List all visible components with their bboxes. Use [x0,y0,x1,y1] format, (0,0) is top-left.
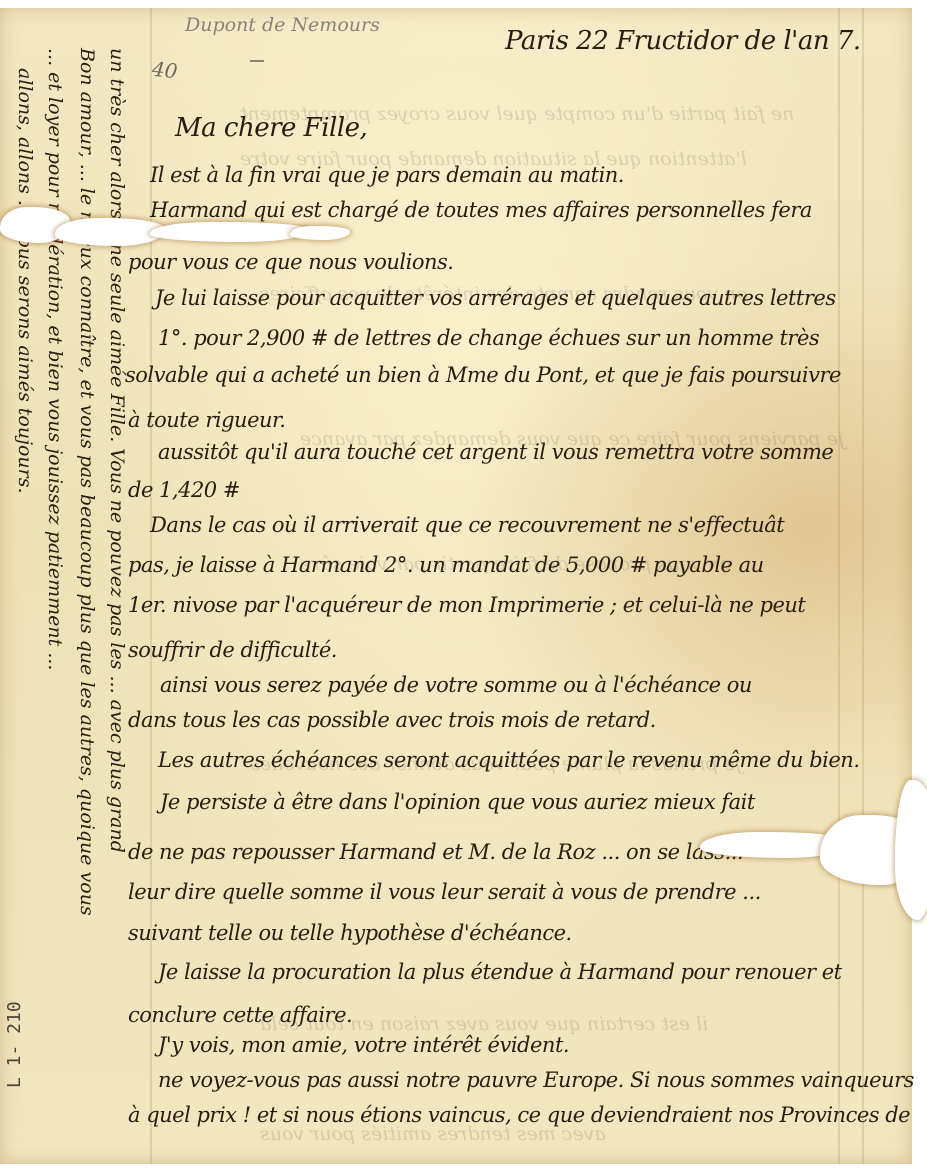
letter-line: 1er. nivose par l'acquéreur de mon Impri… [128,593,805,617]
margin-note-column: ... et loyer pour modération, et bien vo… [44,48,66,670]
letter-page: ne fait partie d'un compte quel vous cro… [0,8,912,1164]
pencil-dash [250,60,264,62]
torn-hole [290,226,350,240]
torn-hole [150,222,310,242]
torn-edge [895,780,927,920]
letter-line: Harmand qui est chargé de toutes mes aff… [150,198,812,222]
folio-number: 40 [151,57,179,84]
salutation: Ma chere Fille, [175,113,367,143]
fold-line [838,8,840,1164]
letter-line: conclure cette affaire. [128,1003,352,1027]
letter-line: Je lui laisse pour acquitter vos arrérag… [155,286,836,310]
letter-line: de 1,420 # [128,478,240,502]
letter-line: 1°. pour 2,900 # de lettres de change éc… [158,326,819,350]
letter-line: leur dire quelle somme il vous leur sera… [128,880,761,904]
letter-line: pas, je laisse à Harmand 2°. un mandat d… [128,553,764,577]
letter-line: Je persiste à être dans l'opinion que vo… [160,790,755,814]
archive-stamp: L 1- 210 [4,1001,25,1088]
letter-line: souffrir de difficulté. [128,638,337,662]
torn-hole [55,218,165,246]
letter-line: J'y vois, mon amie, votre intérêt éviden… [158,1033,569,1057]
letter-line: dans tous les cas possible avec trois mo… [128,708,656,732]
letter-line: solvable qui a acheté un bien à Mme du P… [125,363,841,387]
letter-line: suivant telle ou telle hypothèse d'échéa… [128,921,572,945]
place-date: Paris 22 Fructidor de l'an 7. [505,26,861,56]
letter-line: Les autres échéances seront acquittées p… [158,748,860,772]
letter-line: Je laisse la procuration la plus étendue… [158,960,842,984]
letter-line: Il est à la fin vrai que je pars demain … [150,163,624,187]
margin-note-column: Bon amour, ... le mieux connaître, et vo… [76,48,98,916]
margin-note-column: allons, allons ... nous serons aimés tou… [14,68,36,494]
pencil-annotation: Dupont de Nemours [185,14,380,36]
margin-note-column: un très cher alors, une seule aimée Fill… [106,48,128,853]
letter-line: aussitôt qu'il aura touché cet argent il… [158,440,833,464]
letter-line: ainsi vous serez payée de votre somme ou… [160,673,752,697]
letter-line: Dans le cas où il arriverait que ce reco… [150,513,784,537]
letter-line: pour vous ce que nous voulions. [128,250,453,274]
letter-line: de ne pas repousser Harmand et M. de la … [128,840,743,864]
letter-line: à toute rigueur. [128,408,285,432]
fold-line [862,8,864,1164]
letter-line: ne voyez-vous pas aussi notre pauvre Eur… [158,1068,914,1092]
letter-line: à quel prix ! et si nous étions vaincus,… [128,1103,910,1127]
